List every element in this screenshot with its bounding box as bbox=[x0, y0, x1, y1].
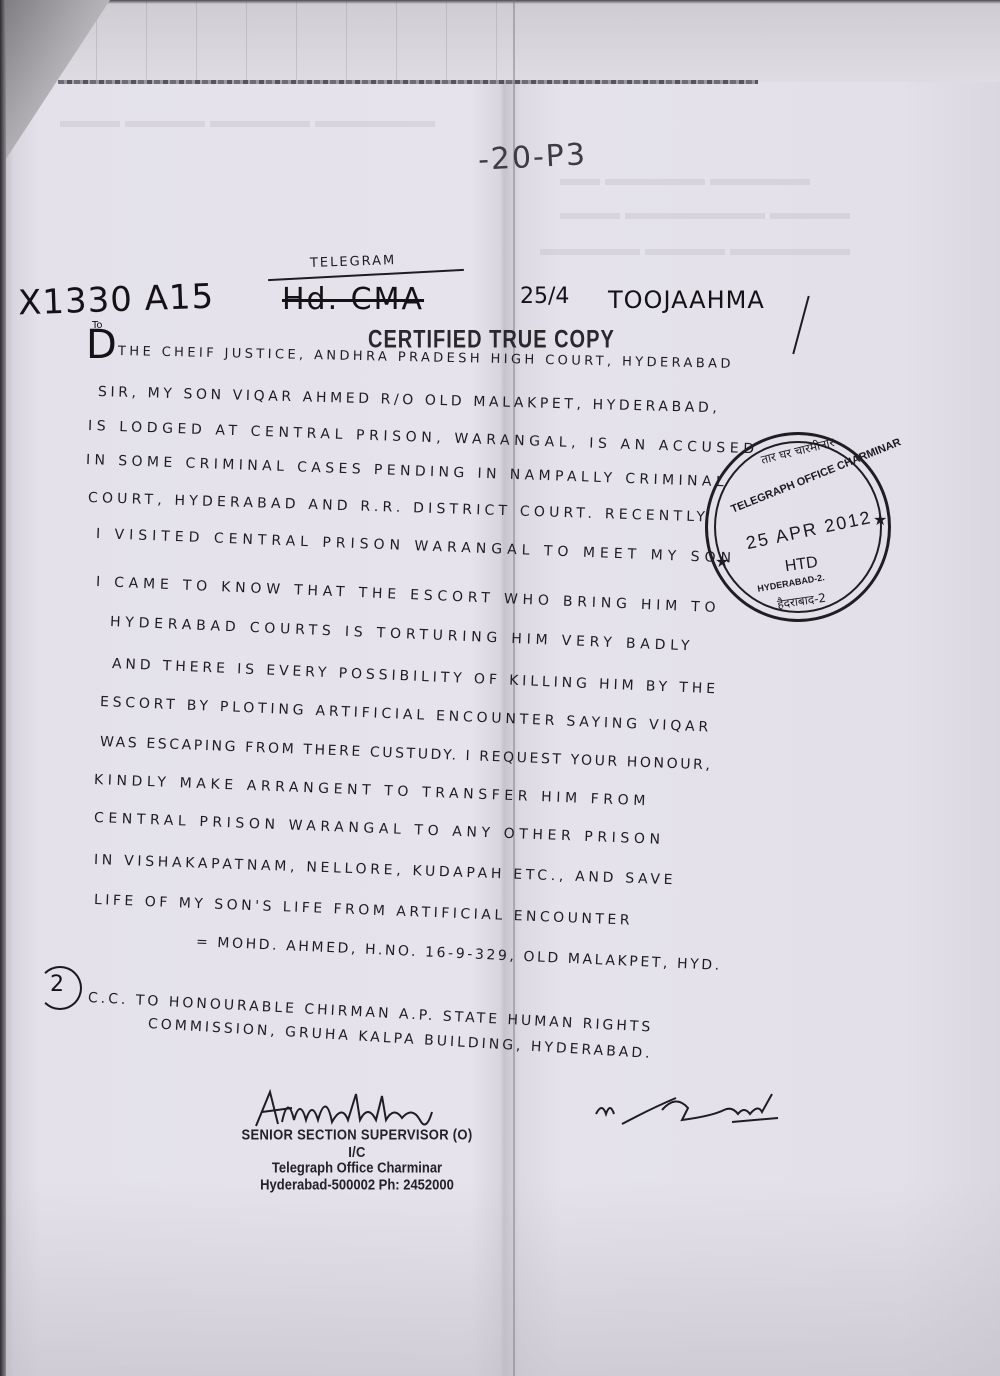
telegram-code: X1330 A15 bbox=[17, 277, 214, 324]
cc-number: 2 bbox=[50, 972, 64, 997]
telegraph-office-postmark: तार घर चारमीनार TELEGRAPH OFFICE CHARMIN… bbox=[705, 432, 891, 622]
supervisor-title: SENIOR SECTION SUPERVISOR (O) I/C bbox=[232, 1126, 482, 1161]
telegram-word-count: 25/4 bbox=[520, 284, 569, 309]
form-top-rule bbox=[58, 80, 758, 84]
telegram-office: TOOJAAHMA bbox=[608, 286, 765, 314]
star-icon: ★ bbox=[873, 510, 887, 529]
sender-signature bbox=[592, 1090, 792, 1130]
star-icon: ★ bbox=[715, 552, 729, 571]
show-through-text: ▬▬▬ ▬▬▬▬▬▬▬ ▬▬▬▬ bbox=[560, 202, 850, 225]
show-through-text: ▬▬▬ ▬▬▬▬ ▬▬▬▬▬ ▬▬▬▬▬▬ bbox=[60, 110, 435, 133]
show-through-text: ▬▬ ▬▬▬▬▬ ▬▬▬▬▬ bbox=[560, 168, 810, 191]
page-left-edge bbox=[0, 0, 6, 1376]
show-through-text: ▬▬▬▬▬ ▬▬▬▬ ▬▬▬▬▬▬ bbox=[540, 238, 850, 261]
scanner-streaks bbox=[90, 0, 510, 80]
supervisor-office: Telegraph Office Charminar bbox=[232, 1159, 482, 1176]
supervisor-stamp: SENIOR SECTION SUPERVISOR (O) I/C Telegr… bbox=[232, 1128, 482, 1192]
page-marker: -20-P3 bbox=[477, 137, 588, 178]
to-marker: To bbox=[92, 320, 103, 331]
telegram-class: Hd. CMA bbox=[282, 282, 424, 317]
supervisor-address: Hyderabad-500002 Ph: 2452000 bbox=[232, 1176, 482, 1193]
header-annotation: TELEGRAM bbox=[310, 253, 397, 271]
